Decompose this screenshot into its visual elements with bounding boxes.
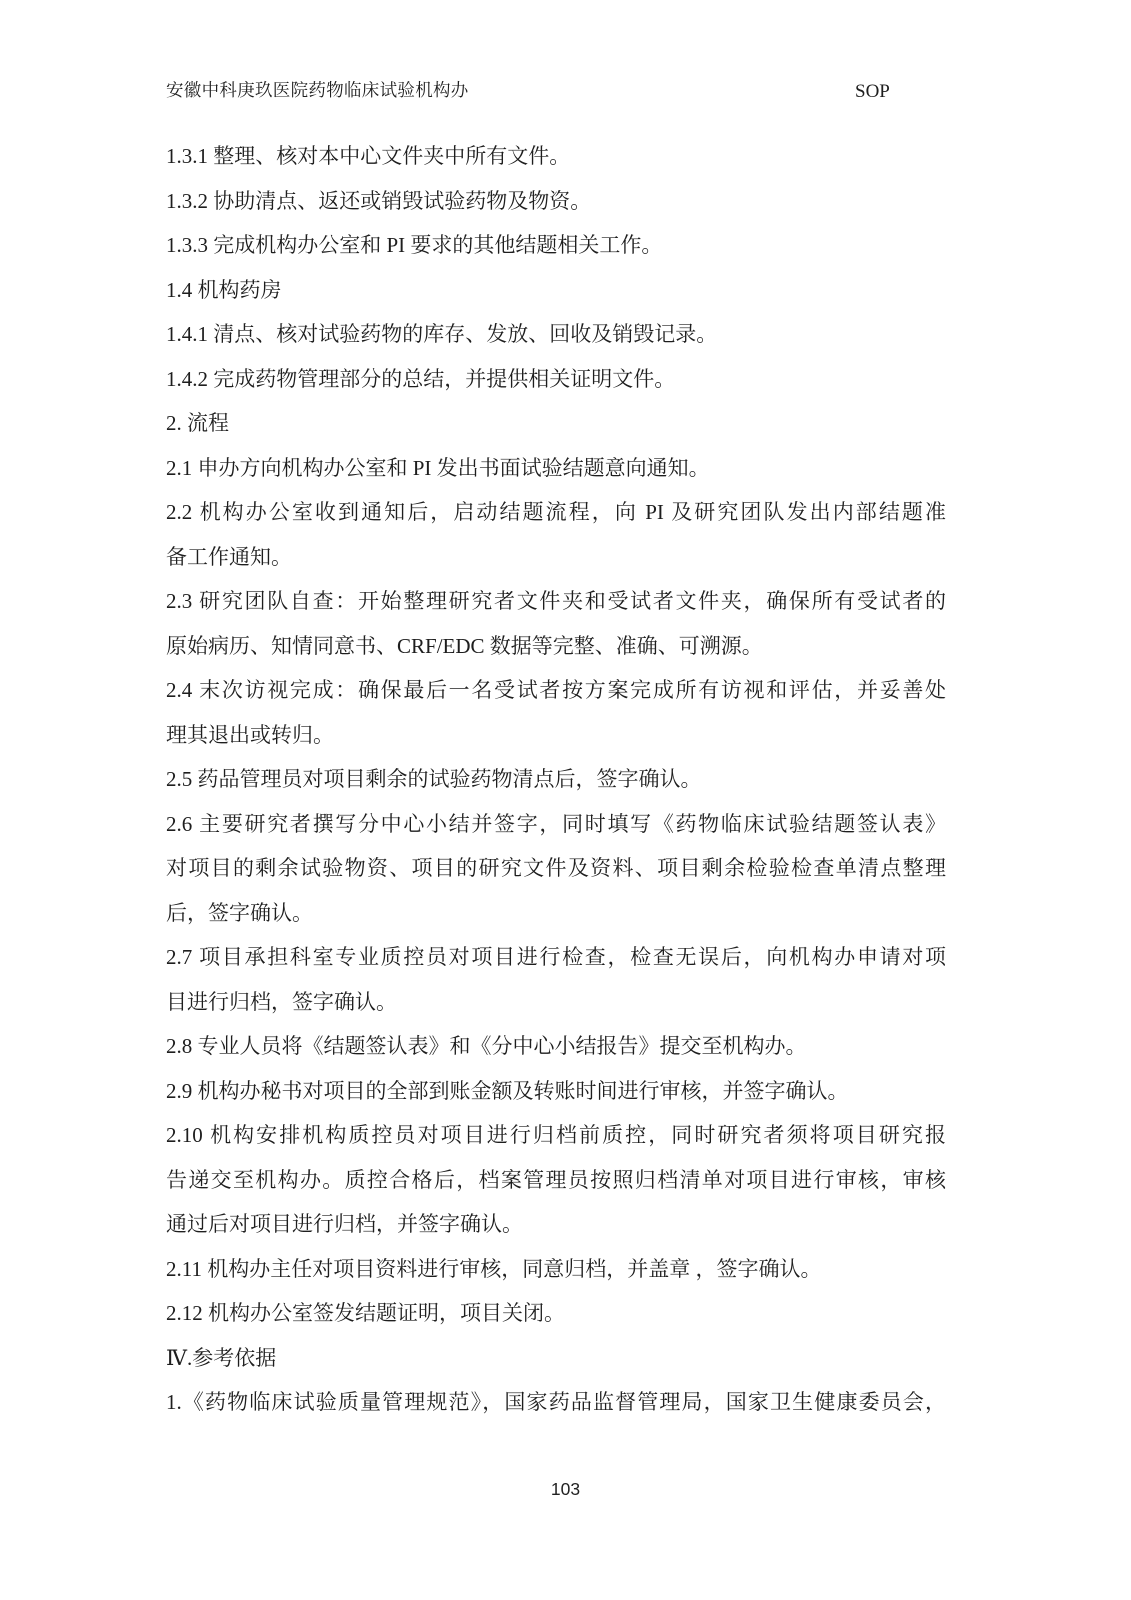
text-line: 1.3.2 协助清点、返还或销毁试验药物及物资。 <box>166 179 946 224</box>
text-line: 2.7 项目承担科室专业质控员对项目进行检查，检查无误后，向机构办申请对项 <box>166 935 946 980</box>
text-line: 1.4.2 完成药物管理部分的总结，并提供相关证明文件。 <box>166 357 946 402</box>
text-line: 备工作通知。 <box>166 535 946 580</box>
text-line: 原始病历、知情同意书、CRF/EDC 数据等完整、准确、可溯源。 <box>166 624 946 669</box>
text-line: 2.8 专业人员将《结题签认表》和《分中心小结报告》提交至机构办。 <box>166 1024 946 1069</box>
text-line: 2.3 研究团队自查：开始整理研究者文件夹和受试者文件夹，确保所有受试者的 <box>166 579 946 624</box>
page-number: 103 <box>0 1479 1131 1500</box>
text-line: 2.4 末次访视完成：确保最后一名受试者按方案完成所有访视和评估，并妥善处 <box>166 668 946 713</box>
text-line: 1.3.1 整理、核对本中心文件夹中所有文件。 <box>166 134 946 179</box>
text-line: 告递交至机构办。质控合格后，档案管理员按照归档清单对项目进行审核，审核 <box>166 1158 946 1203</box>
text-line: 1.《药物临床试验质量管理规范》，国家药品监督管理局，国家卫生健康委员会， <box>166 1380 946 1425</box>
text-line: 目进行归档，签字确认。 <box>166 980 946 1025</box>
header-doc-label: SOP <box>855 81 890 103</box>
text-line: 2.1 申办方向机构办公室和 PI 发出书面试验结题意向通知。 <box>166 446 946 491</box>
text-line: 理其退出或转归。 <box>166 713 946 758</box>
document-page: 安徽中科庚玖医院药物临床试验机构办 SOP 1.3.1 整理、核对本中心文件夹中… <box>0 0 1131 1600</box>
text-line: 对项目的剩余试验物资、项目的研究文件及资料、项目剩余检验检查单清点整理 <box>166 846 946 891</box>
text-line: 1.4.1 清点、核对试验药物的库存、发放、回收及销毁记录。 <box>166 312 946 357</box>
header-institution: 安徽中科庚玖医院药物临床试验机构办 <box>166 79 469 101</box>
text-line: 2.9 机构办秘书对项目的全部到账金额及转账时间进行审核，并签字确认。 <box>166 1069 946 1114</box>
document-body: 1.3.1 整理、核对本中心文件夹中所有文件。 1.3.2 协助清点、返还或销毁… <box>166 134 946 1425</box>
text-line: 2.6 主要研究者撰写分中心小结并签字，同时填写《药物临床试验结题签认表》 <box>166 802 946 847</box>
text-line: 2.10 机构安排机构质控员对项目进行归档前质控，同时研究者须将项目研究报 <box>166 1113 946 1158</box>
text-line: 1.3.3 完成机构办公室和 PI 要求的其他结题相关工作。 <box>166 223 946 268</box>
text-line: 2.2 机构办公室收到通知后，启动结题流程，向 PI 及研究团队发出内部结题准 <box>166 490 946 535</box>
text-line: 通过后对项目进行归档，并签字确认。 <box>166 1202 946 1247</box>
text-line: 2.11 机构办主任对项目资料进行审核，同意归档，并盖章 ，签字确认。 <box>166 1247 946 1292</box>
text-line: 2.5 药品管理员对项目剩余的试验药物清点后，签字确认。 <box>166 757 946 802</box>
text-line: 后，签字确认。 <box>166 891 946 936</box>
text-line: 2. 流程 <box>166 401 946 446</box>
text-line: 2.12 机构办公室签发结题证明，项目关闭。 <box>166 1291 946 1336</box>
text-line: 1.4 机构药房 <box>166 268 946 313</box>
text-line: Ⅳ.参考依据 <box>166 1336 946 1381</box>
